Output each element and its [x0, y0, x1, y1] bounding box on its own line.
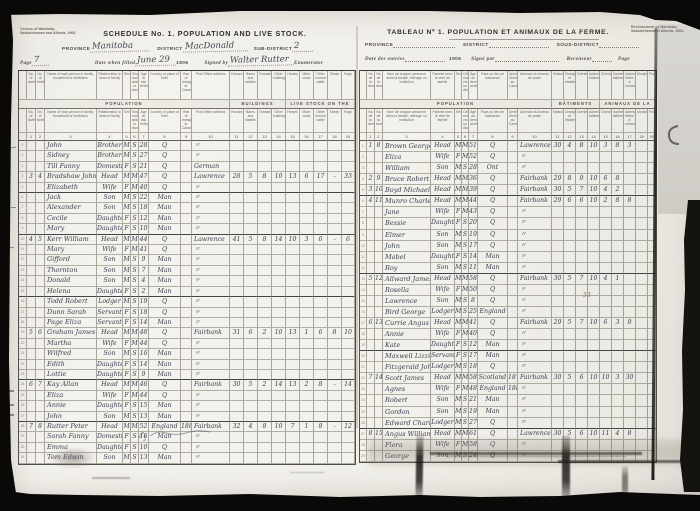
handwritten-entry: 〃 — [192, 360, 230, 370]
handwritten-entry — [314, 203, 328, 213]
handwritten-entry — [624, 451, 636, 462]
handwritten-entry: 25 — [469, 307, 478, 318]
handwritten-entry: M — [462, 207, 469, 218]
handwritten-entry: Daughter — [97, 443, 123, 453]
column-caption: Milch cows — [300, 109, 314, 133]
handwritten-entry — [328, 183, 342, 193]
handwritten-entry — [272, 141, 286, 151]
handwritten-entry — [258, 453, 272, 463]
handwritten-entry — [244, 245, 258, 255]
handwritten-entry: 14 — [272, 380, 286, 390]
enumerator-label-fr: Recenseur — [567, 57, 592, 62]
handwritten-entry — [258, 339, 272, 349]
handwritten-entry: F — [455, 440, 462, 451]
handwritten-entry — [27, 214, 36, 224]
handwritten-entry: S — [131, 162, 139, 172]
handwritten-entry: 30 — [552, 274, 564, 285]
column-number: 2 — [36, 133, 45, 141]
handwritten-entry: 6 — [27, 380, 36, 390]
column-caption: Sex — [123, 109, 131, 133]
handwritten-entry: Jane — [383, 207, 431, 218]
handwritten-entry — [624, 440, 636, 451]
handwritten-entry: M — [123, 453, 131, 463]
handwritten-entry: S — [131, 203, 139, 213]
handwritten-entry: Man — [149, 370, 181, 380]
column-number: 8 — [478, 133, 508, 141]
handwritten-entry: Helena — [45, 287, 97, 297]
handwritten-entry — [552, 230, 564, 241]
handwritten-entry — [624, 174, 636, 185]
handwritten-entry: M — [455, 373, 462, 384]
handwritten-entry — [230, 183, 244, 193]
column-number: 1 — [367, 133, 375, 141]
handwritten-entry: 5 — [244, 380, 258, 390]
handwritten-entry: Man — [149, 276, 181, 286]
handwritten-entry: Domestic — [97, 432, 123, 442]
handwritten-entry — [624, 340, 636, 351]
handwritten-entry: 14 — [139, 318, 149, 328]
column-caption: Granges et étables — [564, 109, 576, 133]
handwritten-entry — [272, 193, 286, 203]
handwritten-entry — [27, 266, 36, 276]
line-number: 8 — [360, 218, 367, 229]
handwritten-entry — [342, 193, 355, 203]
handwritten-entry — [636, 252, 648, 263]
column-number: 3 — [383, 133, 431, 141]
column-caption: Hogs — [342, 71, 355, 100]
handwritten-entry: Bessie — [383, 218, 431, 229]
handwritten-entry — [600, 207, 612, 218]
handwritten-entry: 10 — [588, 373, 600, 384]
handwritten-entry — [375, 285, 383, 296]
handwritten-entry — [258, 391, 272, 401]
handwritten-entry — [552, 252, 564, 263]
handwritten-entry — [181, 255, 192, 265]
handwritten-entry — [36, 432, 45, 442]
handwritten-entry — [230, 266, 244, 276]
handwritten-entry: Wife — [431, 207, 455, 218]
handwritten-entry — [286, 151, 300, 161]
handwritten-entry: 8 — [328, 328, 342, 338]
handwritten-entry — [375, 152, 383, 163]
handwritten-entry: Emma — [45, 443, 97, 453]
handwritten-entry — [36, 224, 45, 234]
handwritten-entry — [342, 432, 355, 442]
handwritten-entry — [258, 193, 272, 203]
handwritten-entry — [181, 203, 192, 213]
column-caption: Age at last birthday — [139, 71, 149, 100]
handwritten-entry: Jack — [45, 193, 97, 203]
handwritten-entry — [300, 370, 314, 380]
handwritten-entry — [328, 276, 342, 286]
handwritten-entry — [612, 407, 624, 418]
column-caption: Houses — [230, 71, 244, 100]
handwritten-entry: S — [462, 395, 469, 406]
handwritten-entry — [508, 241, 518, 252]
handwritten-entry — [508, 429, 518, 440]
handwritten-entry — [258, 141, 272, 151]
census-scan: Census of Manitoba, Saskatchewan and Alb… — [0, 0, 700, 511]
handwritten-entry — [36, 318, 45, 328]
handwritten-entry: Q — [478, 329, 508, 340]
handwritten-entry: 〃 — [192, 245, 230, 255]
handwritten-entry — [328, 412, 342, 422]
handwritten-entry — [258, 318, 272, 328]
handwritten-entry — [367, 241, 375, 252]
handwritten-entry: S — [131, 297, 139, 307]
column-caption: Sexe — [455, 109, 462, 133]
handwritten-entry — [375, 263, 383, 274]
handwritten-entry: S — [131, 308, 139, 318]
handwritten-entry — [258, 432, 272, 442]
line-number: 22 — [360, 373, 367, 384]
margin-mark — [9, 390, 14, 392]
handwritten-entry — [181, 391, 192, 401]
handwritten-entry: S — [131, 141, 139, 151]
handwritten-entry: 〃 — [518, 152, 552, 163]
handwritten-entry: 〃 — [192, 287, 230, 297]
handwritten-entry — [342, 370, 355, 380]
handwritten-entry — [375, 296, 383, 307]
handwritten-entry: Kate — [383, 340, 431, 351]
handwritten-entry — [314, 443, 328, 453]
handwritten-entry: 28 — [139, 141, 149, 151]
line-number: 16 — [360, 307, 367, 318]
handwritten-entry — [552, 362, 564, 373]
handwritten-entry — [314, 391, 328, 401]
handwritten-entry: 44 — [139, 235, 149, 245]
handwritten-entry: 4 — [27, 235, 36, 245]
handwritten-entry: 21 — [139, 162, 149, 172]
handwritten-entry: 〃 — [518, 384, 552, 395]
handwritten-entry — [272, 308, 286, 318]
handwritten-entry — [286, 401, 300, 411]
handwritten-entry — [181, 412, 192, 422]
handwritten-entry: Lawrence — [518, 429, 552, 440]
handwritten-entry — [328, 453, 342, 463]
handwritten-entry: 4 — [36, 172, 45, 182]
handwritten-entry — [636, 218, 648, 229]
handwritten-entry: Man — [149, 349, 181, 359]
handwritten-entry: Q — [478, 218, 508, 229]
handwritten-entry — [27, 183, 36, 193]
handwritten-entry: 19 — [469, 230, 478, 241]
handwritten-entry: Servant — [97, 318, 123, 328]
handwritten-entry — [300, 214, 314, 224]
line-number-column — [360, 71, 367, 100]
handwritten-entry: 〃 — [192, 183, 230, 193]
column-caption: Houses — [230, 109, 244, 133]
line-number: 25 — [360, 407, 367, 418]
handwritten-entry: F — [455, 285, 462, 296]
handwritten-entry: Maxwell Lizzie — [383, 351, 431, 362]
handwritten-entry — [612, 230, 624, 241]
handwritten-entry — [314, 183, 328, 193]
handwritten-entry — [375, 395, 383, 406]
handwritten-entry: 11 — [600, 429, 612, 440]
handwritten-entry — [508, 318, 518, 329]
handwritten-entry — [600, 395, 612, 406]
handwritten-entry: 8 — [367, 429, 375, 440]
handwritten-entry — [552, 152, 564, 163]
line-number: 3 — [360, 163, 367, 174]
handwritten-entry — [624, 230, 636, 241]
handwritten-entry: 8 — [314, 380, 328, 390]
handwritten-entry — [300, 245, 314, 255]
handwritten-entry — [286, 412, 300, 422]
handwritten-entry: Thornton — [45, 266, 97, 276]
handwritten-entry — [375, 407, 383, 418]
column-caption: Année d'immigration au Canada — [508, 71, 518, 100]
handwritten-entry — [36, 255, 45, 265]
handwritten-entry — [552, 163, 564, 174]
handwritten-entry: 7 — [139, 266, 149, 276]
handwritten-entry: Man — [149, 224, 181, 234]
column-number: 17 — [314, 133, 328, 141]
handwritten-entry — [314, 266, 328, 276]
line-number: 2 — [360, 152, 367, 163]
handwritten-entry: 21 — [469, 395, 478, 406]
handwritten-entry — [576, 362, 588, 373]
handwritten-entry — [244, 297, 258, 307]
handwritten-entry — [258, 224, 272, 234]
handwritten-entry — [244, 412, 258, 422]
handwritten-entry: 3 — [600, 141, 612, 152]
handwritten-entry: 30 — [552, 373, 564, 384]
handwritten-entry: 52 — [139, 422, 149, 432]
handwritten-entry: Todd Robert — [45, 297, 97, 307]
handwritten-entry: Daughter — [97, 214, 123, 224]
handwritten-entry: Man — [149, 287, 181, 297]
handwritten-entry — [36, 297, 45, 307]
handwritten-entry — [314, 245, 328, 255]
handwritten-entry — [564, 207, 576, 218]
handwritten-entry: S — [462, 418, 469, 429]
page-label-fr: Page — [618, 57, 630, 62]
handwritten-entry: Head — [97, 235, 123, 245]
handwritten-entry — [258, 183, 272, 193]
section-label: LIVE STOCK ON THE FARM — [286, 100, 355, 109]
handwritten-entry — [258, 287, 272, 297]
handwritten-entry: 1 — [300, 328, 314, 338]
handwritten-entry: Q — [478, 451, 508, 462]
handwritten-entry: Son — [431, 230, 455, 241]
handwritten-entry — [564, 230, 576, 241]
column-number: 9 — [181, 133, 192, 141]
handwritten-entry: M — [123, 328, 131, 338]
handwritten-entry: England — [478, 307, 508, 318]
handwritten-entry: 5 — [27, 328, 36, 338]
handwritten-entry — [300, 432, 314, 442]
handwritten-entry: Daughter — [97, 224, 123, 234]
handwritten-entry: 16 — [139, 432, 149, 442]
handwritten-entry — [27, 412, 36, 422]
margin-mark — [11, 207, 16, 208]
handwritten-entry — [272, 401, 286, 411]
handwritten-entry — [342, 266, 355, 276]
handwritten-entry: F — [123, 339, 131, 349]
handwritten-entry: 〃 — [518, 418, 552, 429]
handwritten-entry — [600, 263, 612, 274]
handwritten-entry: S — [462, 307, 469, 318]
line-number: 17 — [19, 308, 27, 318]
handwritten-entry: F — [455, 340, 462, 351]
handwritten-entry: 7 — [576, 274, 588, 285]
handwritten-entry: S — [131, 266, 139, 276]
handwritten-entry — [314, 162, 328, 172]
handwritten-entry — [508, 185, 518, 196]
handwritten-entry: 5 — [564, 274, 576, 285]
handwritten-entry — [342, 162, 355, 172]
handwritten-entry — [300, 443, 314, 453]
handwritten-entry: S — [131, 349, 139, 359]
handwritten-entry: Wife — [431, 152, 455, 163]
handwritten-entry: Wife — [97, 245, 123, 255]
handwritten-entry — [508, 329, 518, 340]
handwritten-entry — [328, 391, 342, 401]
line-number: 2 — [19, 151, 27, 161]
handwritten-entry — [508, 152, 518, 163]
handwritten-entry: 58 — [469, 373, 478, 384]
column-number: 4 — [97, 133, 123, 141]
column-caption: Other buildings — [272, 71, 286, 100]
handwritten-entry — [342, 339, 355, 349]
handwritten-entry: M — [455, 141, 462, 152]
handwritten-entry — [27, 287, 36, 297]
handwritten-entry — [36, 266, 45, 276]
handwritten-entry — [181, 214, 192, 224]
handwritten-entry: 8 — [258, 235, 272, 245]
handwritten-entry: Brown George — [383, 141, 431, 152]
handwritten-entry: 8 — [469, 296, 478, 307]
column-caption: Granaries — [258, 109, 272, 133]
subdistrict-label: SUB-DISTRICT — [254, 47, 293, 52]
handwritten-entry: 5 — [244, 172, 258, 182]
handwritten-entry — [36, 151, 45, 161]
handwritten-entry — [342, 401, 355, 411]
column-number: 11 — [230, 133, 244, 141]
handwritten-entry: England — [478, 384, 508, 395]
column-caption: Name of each person in family, household… — [45, 109, 97, 133]
handwritten-entry: 12 — [139, 214, 149, 224]
handwritten-entry — [612, 307, 624, 318]
handwritten-entry — [272, 183, 286, 193]
handwritten-entry — [588, 163, 600, 174]
handwritten-entry — [508, 207, 518, 218]
handwritten-entry: 18 — [469, 362, 478, 373]
handwritten-entry: Q — [149, 141, 181, 151]
line-number: 28 — [19, 422, 27, 432]
handwritten-entry: Man — [478, 252, 508, 263]
page-number: 7 — [32, 55, 49, 66]
line-number-column — [19, 71, 27, 100]
enumerator-label: Enumerator — [294, 61, 323, 66]
column-caption: Sheep — [328, 109, 342, 133]
handwritten-entry — [328, 266, 342, 276]
handwritten-entry: Q — [149, 151, 181, 161]
handwritten-entry: Head — [97, 422, 123, 432]
handwritten-entry: Martha — [45, 339, 97, 349]
handwritten-entry: 41 — [139, 245, 149, 255]
handwritten-entry: 8 — [612, 141, 624, 152]
handwritten-entry: 17 — [469, 241, 478, 252]
handwritten-entry: Q — [149, 308, 181, 318]
handwritten-entry — [36, 162, 45, 172]
handwritten-entry — [508, 174, 518, 185]
handwritten-entry — [230, 297, 244, 307]
column-number: 16 — [300, 133, 314, 141]
handwritten-entry: M — [123, 151, 131, 161]
handwritten-entry: Head — [97, 172, 123, 182]
handwritten-entry: Wife — [97, 391, 123, 401]
handwritten-entry — [624, 152, 636, 163]
handwritten-entry: Son — [97, 266, 123, 276]
handwritten-entry — [181, 308, 192, 318]
handwritten-entry — [36, 214, 45, 224]
handwritten-entry — [588, 351, 600, 362]
handwritten-entry — [588, 451, 600, 462]
line-number: 20 — [19, 339, 27, 349]
handwritten-entry: 10 — [272, 328, 286, 338]
handwritten-entry: 24 — [469, 451, 478, 462]
handwritten-entry — [612, 296, 624, 307]
handwritten-entry — [600, 340, 612, 351]
column-caption: Adresse du bureau de poste — [518, 109, 552, 133]
handwritten-entry — [367, 152, 375, 163]
handwritten-entry — [258, 349, 272, 359]
line-number: 23 — [19, 370, 27, 380]
column-number: 14 — [272, 133, 286, 141]
handwritten-entry — [552, 451, 564, 462]
handwritten-entry — [552, 384, 564, 395]
handwritten-entry: Allward James — [383, 274, 431, 285]
handwritten-entry: M — [455, 230, 462, 241]
handwritten-entry — [636, 241, 648, 252]
handwritten-entry — [600, 307, 612, 318]
column-caption: Célibataire, marié, veuf ou divorcé — [462, 71, 469, 100]
handwritten-entry — [564, 384, 576, 395]
handwritten-entry: 7 — [36, 380, 45, 390]
handwritten-entry — [508, 218, 518, 229]
handwritten-entry — [636, 174, 648, 185]
handwritten-entry: 〃 — [518, 329, 552, 340]
handwritten-entry — [552, 418, 564, 429]
handwritten-entry — [375, 218, 383, 229]
handwritten-entry — [576, 252, 588, 263]
handwritten-entry: 〃 — [518, 440, 552, 451]
handwritten-entry — [328, 297, 342, 307]
handwritten-entry: Head — [431, 141, 455, 152]
handwritten-entry — [636, 207, 648, 218]
handwritten-entry — [300, 360, 314, 370]
handwritten-entry: 10 — [375, 185, 383, 196]
column-caption: Horses — [286, 71, 300, 100]
handwritten-entry: M — [131, 422, 139, 432]
handwritten-entry: 20 — [469, 218, 478, 229]
handwritten-entry — [244, 349, 258, 359]
column-number: 3 — [45, 133, 97, 141]
column-number: 10 — [518, 133, 552, 141]
handwritten-entry — [244, 391, 258, 401]
handwritten-entry — [342, 453, 355, 463]
handwritten-entry — [244, 453, 258, 463]
handwritten-entry: Munro Charles — [383, 196, 431, 207]
line-number-column — [360, 109, 367, 133]
handwritten-entry: 5 — [564, 185, 576, 196]
handwritten-entry — [342, 183, 355, 193]
handwritten-entry: M — [123, 141, 131, 151]
handwritten-entry — [328, 151, 342, 161]
